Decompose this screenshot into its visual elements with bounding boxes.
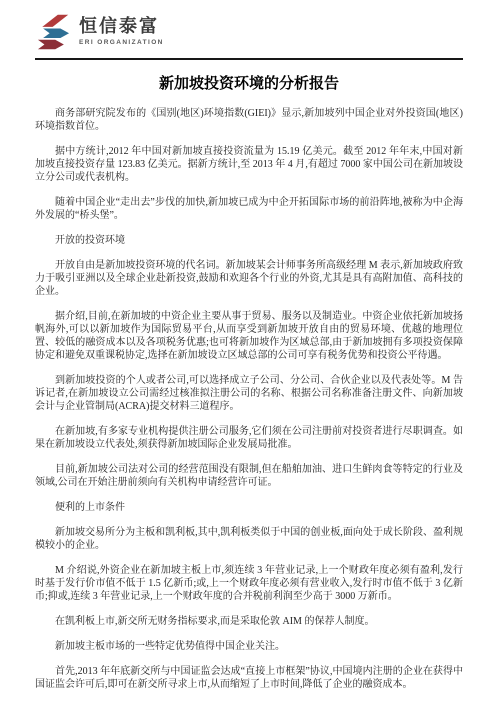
report-paragraph: M 介绍说,外资企业在新加坡主板上市,须连续 3 年营业记录,上一个财政年度必须…	[35, 564, 463, 603]
report-paragraph: 随着中国企业“走出去”步伐的加快,新加坡已成为中企开拓国际市场的前沿阵地,被称为…	[35, 196, 463, 222]
section-heading-open-environment: 开放的投资环境	[35, 234, 463, 247]
report-paragraph: 首先,2013 年年底新交所与中国证监会达成“直接上市框架”协议,中国境内注册的…	[35, 665, 463, 691]
company-logo-icon	[35, 13, 72, 51]
report-paragraph: 到新加坡投资的个人或者公司,可以选择成立子公司、分公司、合伙企业以及代表处等。M…	[35, 374, 463, 413]
report-paragraph: 新加坡主板市场的一些特定优势值得中国企业关注。	[35, 640, 463, 653]
logo-top-stripe	[42, 15, 68, 27]
report-paragraph: 商务部研究院发布的《国别(地区)环境指数(GIEI)》显示,新加坡列中国企业对外…	[35, 107, 463, 133]
report-body: 商务部研究院发布的《国别(地区)环境指数(GIEI)》显示,新加坡列中国企业对外…	[35, 107, 463, 691]
brand-block: 恒信泰富 ERI ORGANIZATION	[79, 13, 164, 46]
report-paragraph: 目前,新加坡公司法对公司的经营范围没有限制,但在船舶加油、进口生鲜肉食等特定的行…	[35, 463, 463, 489]
brand-subtitle: ERI ORGANIZATION	[79, 39, 164, 46]
brand-name: 恒信泰富	[79, 16, 164, 36]
report-paragraph: 在新加坡,有多家专业机构提供注册公司服务,它们须在公司注册前对投资者进行尽职调查…	[35, 425, 463, 451]
report-paragraph: 新加坡交易所分为主板和凯利板,其中,凯利板类似于中国的创业板,面向处于成长阶段、…	[35, 526, 463, 552]
logo-middle-chevron	[43, 29, 69, 39]
report-paragraph: 在凯利板上市,新交所无财务指标要求,而是采取伦敦 AIM 的保荐人制度。	[35, 615, 463, 628]
page-title: 新加坡投资环境的分析报告	[35, 75, 463, 93]
section-heading-listing-conditions: 便利的上市条件	[35, 501, 463, 514]
report-paragraph: 据介绍,目前,在新加坡的中资企业主要从事于贸易、服务以及制造业。中资企业依托新加…	[35, 310, 463, 362]
logo-bottom-chevron	[38, 40, 64, 50]
report-page: 恒信泰富 ERI ORGANIZATION 新加坡投资环境的分析报告 商务部研究…	[0, 0, 496, 702]
letterhead: 恒信泰富 ERI ORGANIZATION	[35, 13, 463, 60]
report-paragraph: 开放自由是新加坡投资环境的代名词。新加坡某会计师事务所高级经理 M 表示,新加坡…	[35, 259, 463, 298]
report-paragraph: 据中方统计,2012 年中国对新加坡直接投资流量为 15.19 亿美元。截至 2…	[35, 145, 463, 184]
